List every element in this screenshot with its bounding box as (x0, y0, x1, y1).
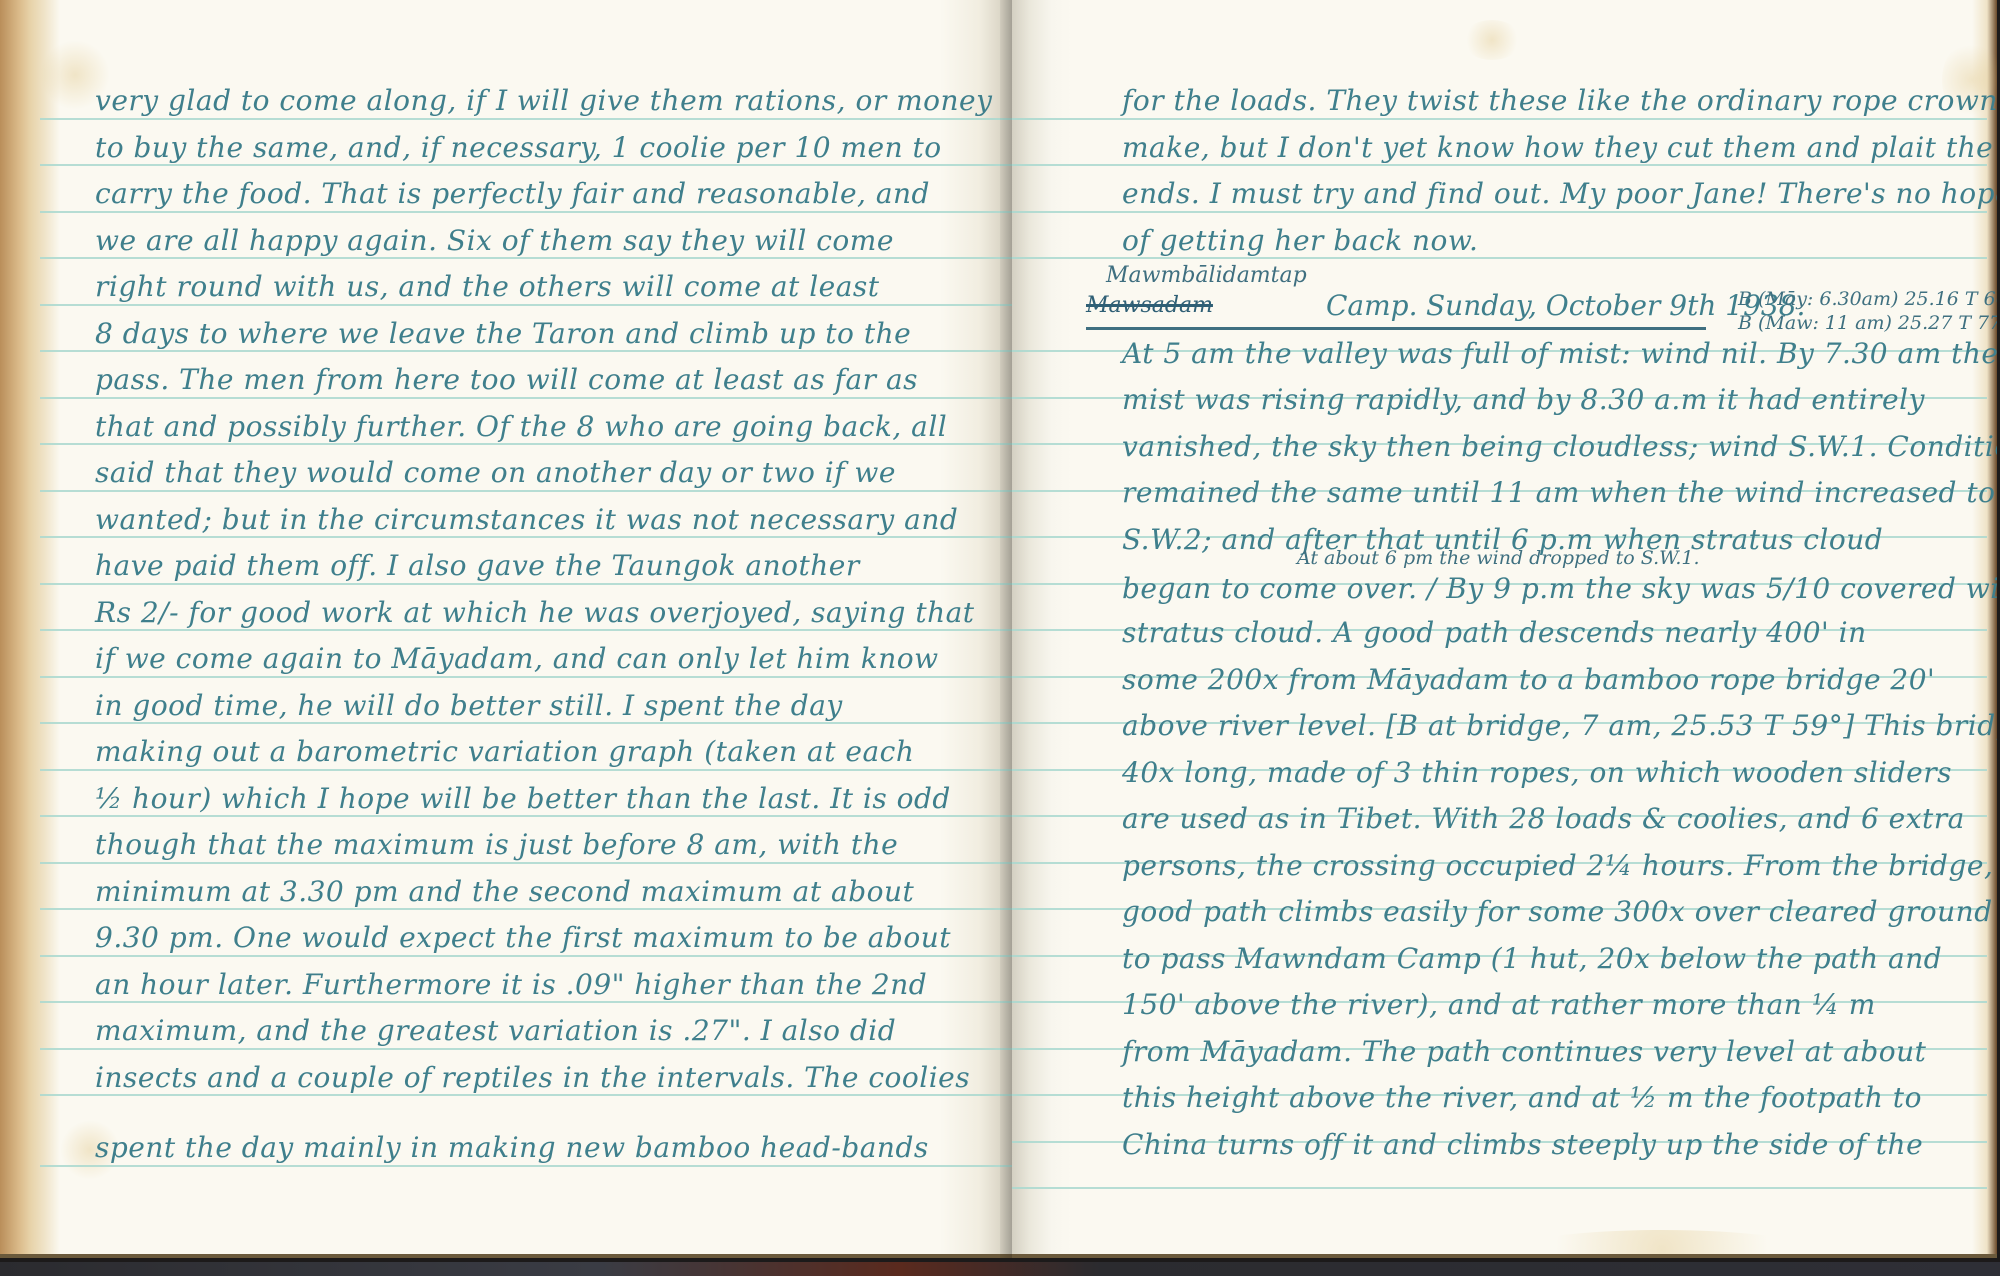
journal-line: China turns off it and climbs steeply up… (1122, 1128, 1923, 1161)
ruled-line (40, 908, 1012, 910)
journal-line: right round with us, and the others will… (95, 270, 880, 303)
journal-line: Rs 2/- for good work at which he was ove… (95, 596, 975, 629)
ruled-line (40, 629, 1012, 631)
ruled-line (40, 257, 1012, 259)
journal-line: stratus cloud. A good path descends near… (1122, 616, 1867, 649)
left-page: very glad to come along, if I will give … (0, 0, 1012, 1258)
ruled-line (40, 1094, 1012, 1096)
journal-line: good path climbs easily for some 300x ov… (1122, 895, 1993, 928)
ruled-line (40, 862, 1012, 864)
journal-line: carry the food. That is perfectly fair a… (95, 177, 930, 210)
paper-stain (1462, 20, 1522, 60)
journal-line: from Māyadam. The path continues very le… (1122, 1035, 1926, 1068)
ruled-line (40, 211, 1012, 213)
journal-line: to buy the same, and, if necessary, 1 co… (95, 131, 942, 164)
journal-line: ends. I must try and find out. My poor J… (1122, 177, 1997, 210)
heading-camp: Camp. (1326, 289, 1418, 322)
ruled-line (40, 955, 1012, 957)
ruled-line (40, 536, 1012, 538)
ruled-line (40, 304, 1012, 306)
journal-line: minimum at 3.30 pm and the second maximu… (95, 875, 914, 908)
journal-line: to pass Mawndam Camp (1 hut, 20x below t… (1122, 942, 1942, 975)
journal-line: for the loads. They twist these like the… (1122, 84, 1997, 117)
right-page: for the loads. They twist these like the… (1012, 0, 1997, 1258)
ruled-line (40, 1048, 1012, 1050)
journal-line: ½ hour) which I hope will be better than… (95, 782, 951, 815)
journal-line: vanished, the sky then being cloudless; … (1122, 430, 1997, 463)
journal-line: maximum, and the greatest variation is .… (95, 1014, 896, 1047)
journal-line: if we come again to Māyadam, and can onl… (95, 642, 939, 675)
ruled-line (40, 397, 1012, 399)
ruled-line (40, 164, 1012, 166)
heading-underline (1086, 327, 1706, 330)
journal-line: spent the day mainly in making new bambo… (95, 1131, 929, 1164)
journal-line: are used as in Tibet. With 28 loads & co… (1122, 802, 1965, 835)
ruled-line (40, 676, 1012, 678)
barometer-reading: B (Māy: 6.30am) 25.16 T 60.5 (1738, 288, 1997, 310)
ruled-line (1012, 164, 1987, 166)
place-name-struck: Mawsadam (1086, 293, 1213, 318)
journal-line: though that the maximum is just before 8… (95, 828, 898, 861)
journal-line: 8 days to where we leave the Taron and c… (95, 317, 911, 350)
ruled-line (40, 1001, 1012, 1003)
open-notebook: very glad to come along, if I will give … (0, 0, 2000, 1262)
journal-line: mist was rising rapidly, and by 8.30 a.m… (1122, 383, 1925, 416)
ruled-line (40, 815, 1012, 817)
journal-line: persons, the crossing occupied 2¼ hours.… (1122, 849, 1997, 882)
journal-line: make, but I don't yet know how they cut … (1122, 131, 1993, 164)
journal-line: said that they would come on another day… (95, 456, 896, 489)
ruled-line (40, 769, 1012, 771)
journal-line: remained the same until 11 am when the w… (1122, 476, 1995, 509)
place-name-inserted: Mawmbālidamtap (1106, 263, 1307, 288)
ruled-line (1012, 1187, 1987, 1189)
journal-line: 40x long, made of 3 thin ropes, on which… (1122, 756, 1952, 789)
barometer-reading: B (Maw: 11 am) 25.27 T 77° (1738, 312, 1997, 334)
journal-line: At 5 am the valley was full of mist: win… (1122, 337, 1997, 370)
journal-line: in good time, he will do better still. I… (95, 689, 843, 722)
background-surface (0, 1262, 2000, 1276)
journal-line: that and possibly further. Of the 8 who … (95, 410, 947, 443)
ruled-line (40, 350, 1012, 352)
journal-line: 9.30 pm. One would expect the first maxi… (95, 921, 951, 954)
journal-line: we are all happy again. Six of them say … (95, 224, 894, 257)
journal-line: some 200x from Māyadam to a bamboo rope … (1122, 663, 1935, 696)
ruled-line (1012, 257, 1987, 259)
journal-line: above river level. [B at bridge, 7 am, 2… (1122, 709, 1997, 742)
journal-line: an hour later. Furthermore it is .09" hi… (95, 968, 927, 1001)
journal-line: began to come over. / By 9 p.m the sky w… (1122, 572, 1997, 605)
journal-line: making out a barometric variation graph … (95, 735, 914, 768)
journal-line: pass. The men from here too will come at… (95, 363, 918, 396)
journal-line: 150' above the river), and at rather mor… (1122, 988, 1876, 1021)
journal-line: wanted; but in the circumstances it was … (95, 503, 958, 536)
inserted-note: At about 6 pm the wind dropped to S.W.1. (1297, 547, 1700, 569)
journal-line: of getting her back now. (1122, 224, 1478, 257)
ruled-line (40, 443, 1012, 445)
journal-line: insects and a couple of reptiles in the … (95, 1061, 970, 1094)
ruled-line (40, 1165, 1012, 1167)
journal-line: have paid them off. I also gave the Taun… (95, 549, 860, 582)
paper-stain (1512, 1230, 1812, 1258)
ruled-line (1012, 118, 1987, 120)
ruled-line (40, 583, 1012, 585)
journal-line: this height above the river, and at ½ m … (1122, 1081, 1922, 1114)
ruled-line (1012, 211, 1987, 213)
ruled-line (40, 722, 1012, 724)
ruled-line (40, 118, 1012, 120)
ruled-line (40, 490, 1012, 492)
journal-line: very glad to come along, if I will give … (95, 84, 992, 117)
